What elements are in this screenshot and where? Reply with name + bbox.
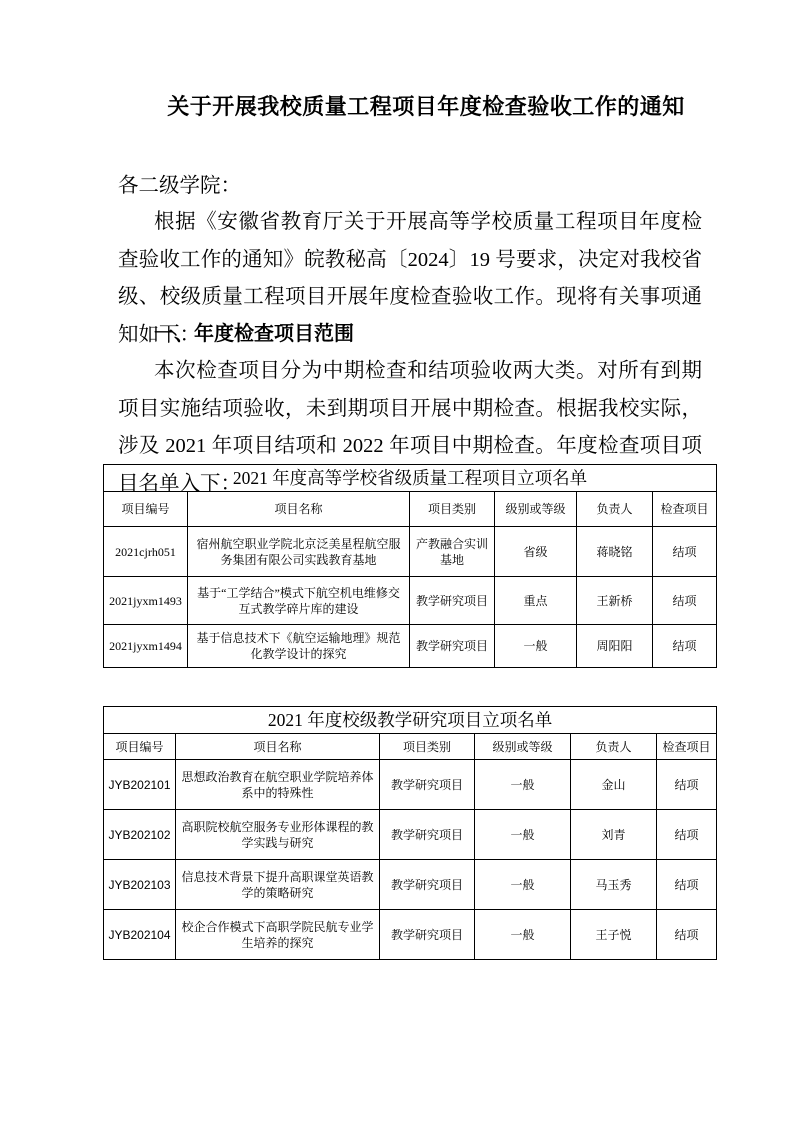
col-header-project-category: 项目类别 <box>410 492 495 527</box>
table-row: 2021cjrh051 宿州航空职业学院北京泛美星程航空服务集团有限公司实践教育… <box>104 527 717 577</box>
cell-project-category: 教学研究项目 <box>410 625 495 668</box>
table-header-row: 项目编号 项目名称 项目类别 级别或等级 负责人 检查项目 <box>104 492 717 527</box>
col-header-level: 级别或等级 <box>495 492 577 527</box>
cell-project-id: 2021cjrh051 <box>104 527 188 577</box>
cell-leader: 金山 <box>571 760 657 810</box>
cell-check-type: 结项 <box>653 625 717 668</box>
col-header-check-type: 检查项目 <box>653 492 717 527</box>
document-title: 关于开展我校质量工程项目年度检查验收工作的通知 <box>118 90 734 124</box>
cell-leader: 王子悦 <box>571 910 657 960</box>
cell-leader: 刘青 <box>571 810 657 860</box>
cell-level: 一般 <box>475 860 571 910</box>
col-header-level: 级别或等级 <box>475 734 571 760</box>
cell-project-category: 教学研究项目 <box>380 860 475 910</box>
col-header-check-type: 检查项目 <box>657 734 717 760</box>
provincial-projects-table: 2021 年度高等学校省级质量工程项目立项名单 项目编号 项目名称 项目类别 级… <box>103 464 717 668</box>
table-row: JYB202104 校企合作模式下高职学院民航专业学生培养的探究 教学研究项目 … <box>104 910 717 960</box>
col-header-leader: 负责人 <box>571 734 657 760</box>
cell-project-name: 校企合作模式下高职学院民航专业学生培养的探究 <box>176 910 380 960</box>
table-row: 2021jyxm1493 基于“工学结合”模式下航空机电维修交互式教学碎片库的建… <box>104 577 717 625</box>
table-row: 2021jyxm1494 基于信息技术下《航空运输地理》规范化教学设计的探究 教… <box>104 625 717 668</box>
cell-project-id: JYB202101 <box>104 760 176 810</box>
table-row: JYB202103 信息技术背景下提升高职课堂英语教学的策略研究 教学研究项目 … <box>104 860 717 910</box>
table-title-row: 2021 年度高等学校省级质量工程项目立项名单 <box>104 465 717 492</box>
cell-project-category: 教学研究项目 <box>380 810 475 860</box>
cell-project-id: 2021jyxm1493 <box>104 577 188 625</box>
col-header-project-id: 项目编号 <box>104 734 176 760</box>
cell-check-type: 结项 <box>657 860 717 910</box>
cell-leader: 王新桥 <box>577 577 653 625</box>
col-header-leader: 负责人 <box>577 492 653 527</box>
cell-check-type: 结项 <box>657 760 717 810</box>
cell-level: 省级 <box>495 527 577 577</box>
cell-leader: 蒋晓铭 <box>577 527 653 577</box>
cell-level: 一般 <box>475 810 571 860</box>
col-header-project-category: 项目类别 <box>380 734 475 760</box>
table-title: 2021 年度高等学校省级质量工程项目立项名单 <box>104 465 717 492</box>
cell-project-name: 思想政治教育在航空职业学院培养体系中的特殊性 <box>176 760 380 810</box>
cell-check-type: 结项 <box>657 910 717 960</box>
cell-level: 一般 <box>475 760 571 810</box>
col-header-project-name: 项目名称 <box>188 492 410 527</box>
cell-check-type: 结项 <box>657 810 717 860</box>
cell-level: 一般 <box>475 910 571 960</box>
cell-project-category: 教学研究项目 <box>380 910 475 960</box>
cell-project-id: JYB202104 <box>104 910 176 960</box>
cell-project-name: 基于“工学结合”模式下航空机电维修交互式教学碎片库的建设 <box>188 577 410 625</box>
cell-project-name: 宿州航空职业学院北京泛美星程航空服务集团有限公司实践教育基地 <box>188 527 410 577</box>
col-header-project-name: 项目名称 <box>176 734 380 760</box>
cell-project-category: 教学研究项目 <box>410 577 495 625</box>
cell-project-name: 信息技术背景下提升高职课堂英语教学的策略研究 <box>176 860 380 910</box>
cell-leader: 周阳阳 <box>577 625 653 668</box>
cell-leader: 马玉秀 <box>571 860 657 910</box>
cell-check-type: 结项 <box>653 527 717 577</box>
cell-project-id: JYB202103 <box>104 860 176 910</box>
cell-project-id: 2021jyxm1494 <box>104 625 188 668</box>
cell-project-category: 产教融合实训基地 <box>410 527 495 577</box>
cell-project-id: JYB202102 <box>104 810 176 860</box>
cell-project-category: 教学研究项目 <box>380 760 475 810</box>
table-title: 2021 年度校级教学研究项目立项名单 <box>104 707 717 734</box>
document-page: 关于开展我校质量工程项目年度检查验收工作的通知 各二级学院： 根据《安徽省教育厅… <box>0 0 793 1122</box>
table-header-row: 项目编号 项目名称 项目类别 级别或等级 负责人 检查项目 <box>104 734 717 760</box>
cell-project-name: 高职院校航空服务专业形体课程的教学实践与研究 <box>176 810 380 860</box>
section-heading-scope: 一、年度检查项目范围 <box>118 316 702 354</box>
table-row: JYB202102 高职院校航空服务专业形体课程的教学实践与研究 教学研究项目 … <box>104 810 717 860</box>
salutation: 各二级学院： <box>118 168 702 206</box>
school-projects-table: 2021 年度校级教学研究项目立项名单 项目编号 项目名称 项目类别 级别或等级… <box>103 706 717 960</box>
cell-check-type: 结项 <box>653 577 717 625</box>
cell-project-name: 基于信息技术下《航空运输地理》规范化教学设计的探究 <box>188 625 410 668</box>
cell-level: 重点 <box>495 577 577 625</box>
col-header-project-id: 项目编号 <box>104 492 188 527</box>
cell-level: 一般 <box>495 625 577 668</box>
table-title-row: 2021 年度校级教学研究项目立项名单 <box>104 707 717 734</box>
table-row: JYB202101 思想政治教育在航空职业学院培养体系中的特殊性 教学研究项目 … <box>104 760 717 810</box>
